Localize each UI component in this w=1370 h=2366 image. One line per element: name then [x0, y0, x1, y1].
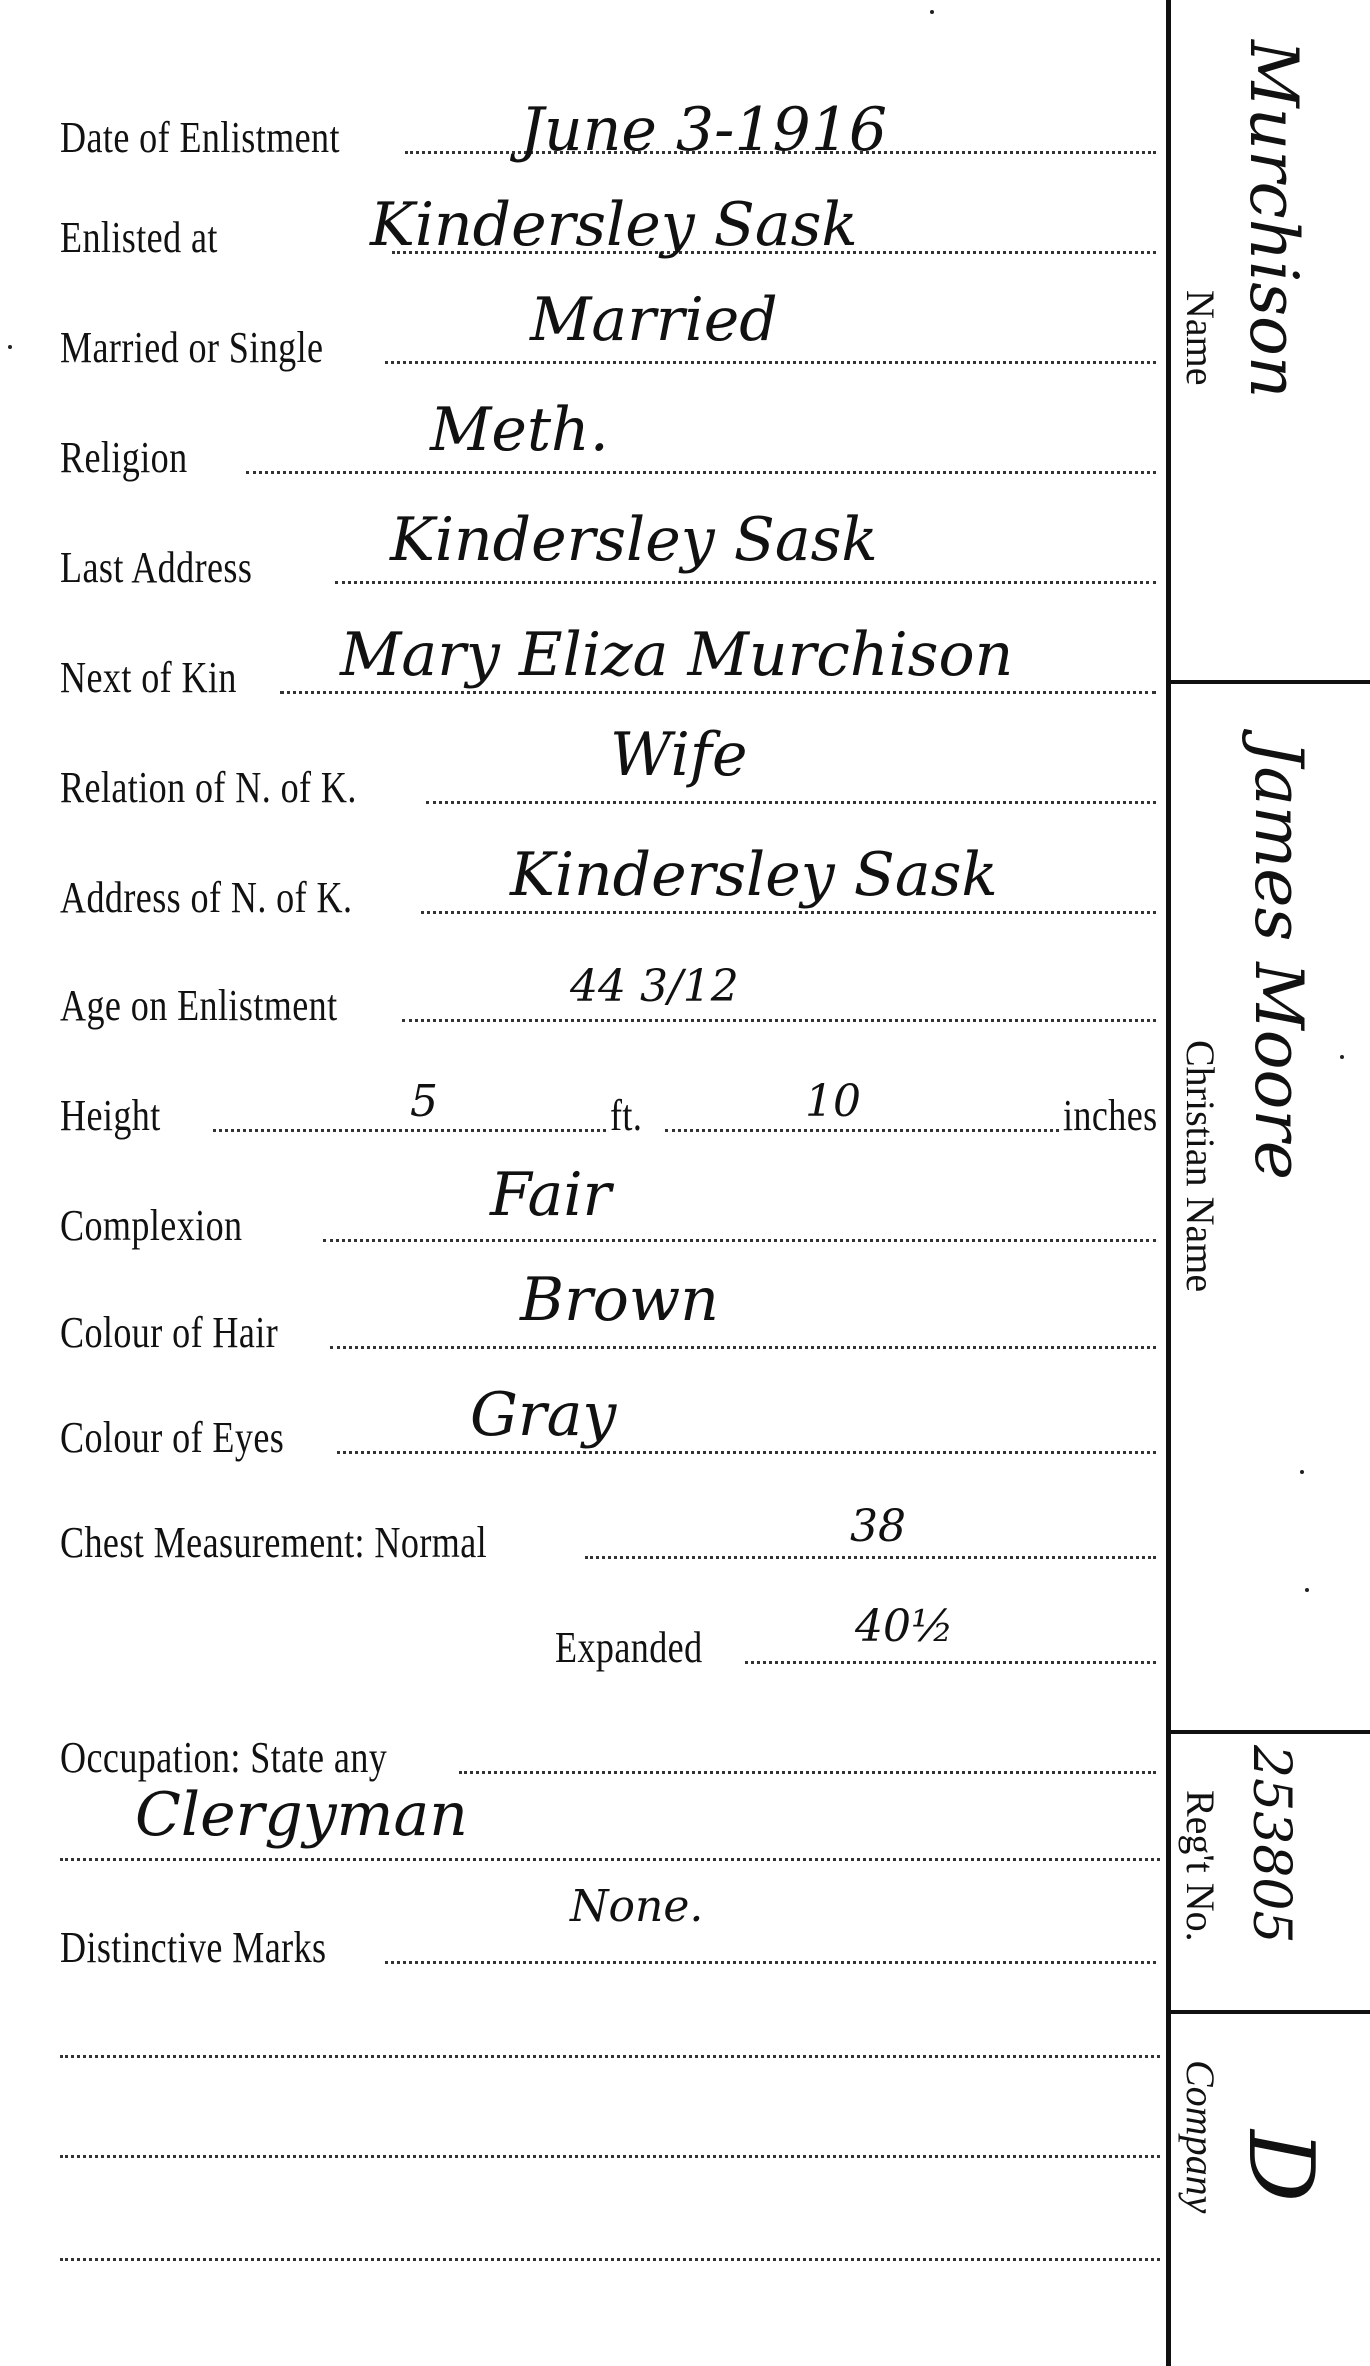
field-label: Height	[60, 1094, 161, 1138]
field-religion: Religion	[60, 420, 1160, 480]
dotted-line	[337, 1450, 1156, 1454]
dotted-line	[585, 1555, 1156, 1559]
field-label: Married or Single	[60, 326, 323, 370]
sidebar-divider-name	[1170, 680, 1370, 684]
field-value: Brown	[520, 1270, 719, 1330]
dotted-line	[385, 1960, 1156, 1964]
inches-unit-label: inches	[1063, 1094, 1158, 1138]
height-feet-value: 5	[410, 1080, 438, 1124]
scan-speck	[1340, 1055, 1344, 1059]
scan-speck	[8, 345, 12, 349]
blank-line	[60, 2258, 1160, 2261]
dotted-line	[330, 1345, 1156, 1349]
sidebar-divider-christian-name	[1170, 1730, 1370, 1734]
field-label: Last Address	[60, 546, 252, 590]
sidebar-label-company: Company	[1180, 2060, 1220, 2213]
occupation-line	[60, 1858, 1160, 1861]
field-label: Colour of Hair	[60, 1311, 278, 1355]
field-value: Meth.	[430, 400, 609, 460]
dotted-line	[421, 910, 1156, 914]
sidebar-label-regt-no: Reg't No.	[1180, 1790, 1220, 1942]
field-value: Fair	[490, 1165, 611, 1225]
dotted-line	[335, 580, 1156, 584]
field-label: Distinctive Marks	[60, 1926, 327, 1970]
field-label: Chest Measurement: Normal	[60, 1521, 487, 1565]
dotted-line	[213, 1128, 606, 1132]
field-occupation: Occupation: State any	[60, 1720, 1160, 1780]
field-label: Occupation: State any	[60, 1736, 387, 1780]
scan-speck	[1300, 1470, 1304, 1474]
field-label: Expanded	[555, 1626, 703, 1670]
field-value: Kindersley Sask	[510, 845, 998, 905]
chest-normal-value: 38	[850, 1505, 906, 1549]
dotted-line	[459, 1770, 1156, 1774]
sidebar-value-company: D	[1235, 2130, 1325, 2202]
dotted-line	[385, 360, 1156, 364]
blank-line	[60, 2055, 1160, 2058]
occupation-value: Clergyman	[135, 1785, 468, 1845]
dotted-line	[246, 470, 1156, 474]
dotted-line	[280, 690, 1156, 694]
dotted-line	[426, 800, 1156, 804]
field-value: Mary Eliza Murchison	[340, 625, 1013, 685]
distinctive-marks-value: None.	[570, 1885, 703, 1929]
field-value: Gray	[470, 1385, 616, 1445]
chest-expanded-value: 40½	[855, 1605, 954, 1649]
sidebar-value-name: Murchison	[1240, 40, 1306, 398]
dotted-line	[745, 1660, 1156, 1664]
field-value: Kindersley Sask	[390, 510, 878, 570]
field-value: Married	[530, 290, 778, 350]
sidebar-label-christian-name: Christian Name	[1180, 1040, 1220, 1292]
field-value: June 3-1916	[520, 100, 887, 160]
attestation-card: Date of Enlistment June 3-1916 Enlisted …	[0, 0, 1370, 2366]
field-label: Date of Enlistment	[60, 116, 340, 160]
sidebar-value-regt-no: 253805	[1245, 1745, 1297, 1944]
dotted-line	[402, 1018, 1156, 1022]
field-label: Address of N. of K.	[60, 876, 352, 920]
sidebar-label-name: Name	[1180, 290, 1220, 386]
field-label: Colour of Eyes	[60, 1416, 284, 1460]
scan-speck	[930, 10, 934, 14]
field-chest-normal: Chest Measurement: Normal	[60, 1505, 1160, 1565]
field-label: Age on Enlistment	[60, 984, 338, 1028]
sidebar-value-christian-name: James Moore	[1245, 740, 1311, 1180]
field-value: Wife	[610, 725, 748, 785]
field-value: Kindersley Sask	[370, 195, 858, 255]
feet-unit-label: ft.	[610, 1094, 642, 1138]
field-value: 44 3/12	[570, 965, 739, 1009]
dotted-line	[665, 1128, 1058, 1132]
dotted-line	[323, 1238, 1156, 1242]
field-height: Height ft. inches	[60, 1078, 1160, 1138]
height-inches-value: 10	[805, 1080, 861, 1124]
sidebar-divider-regt-no	[1170, 2010, 1370, 2014]
field-label: Enlisted at	[60, 216, 218, 260]
field-label: Religion	[60, 436, 188, 480]
field-label: Next of Kin	[60, 656, 237, 700]
scan-speck	[1305, 1588, 1309, 1592]
field-label: Relation of N. of K.	[60, 766, 357, 810]
field-label: Complexion	[60, 1204, 243, 1248]
blank-line	[60, 2155, 1160, 2158]
